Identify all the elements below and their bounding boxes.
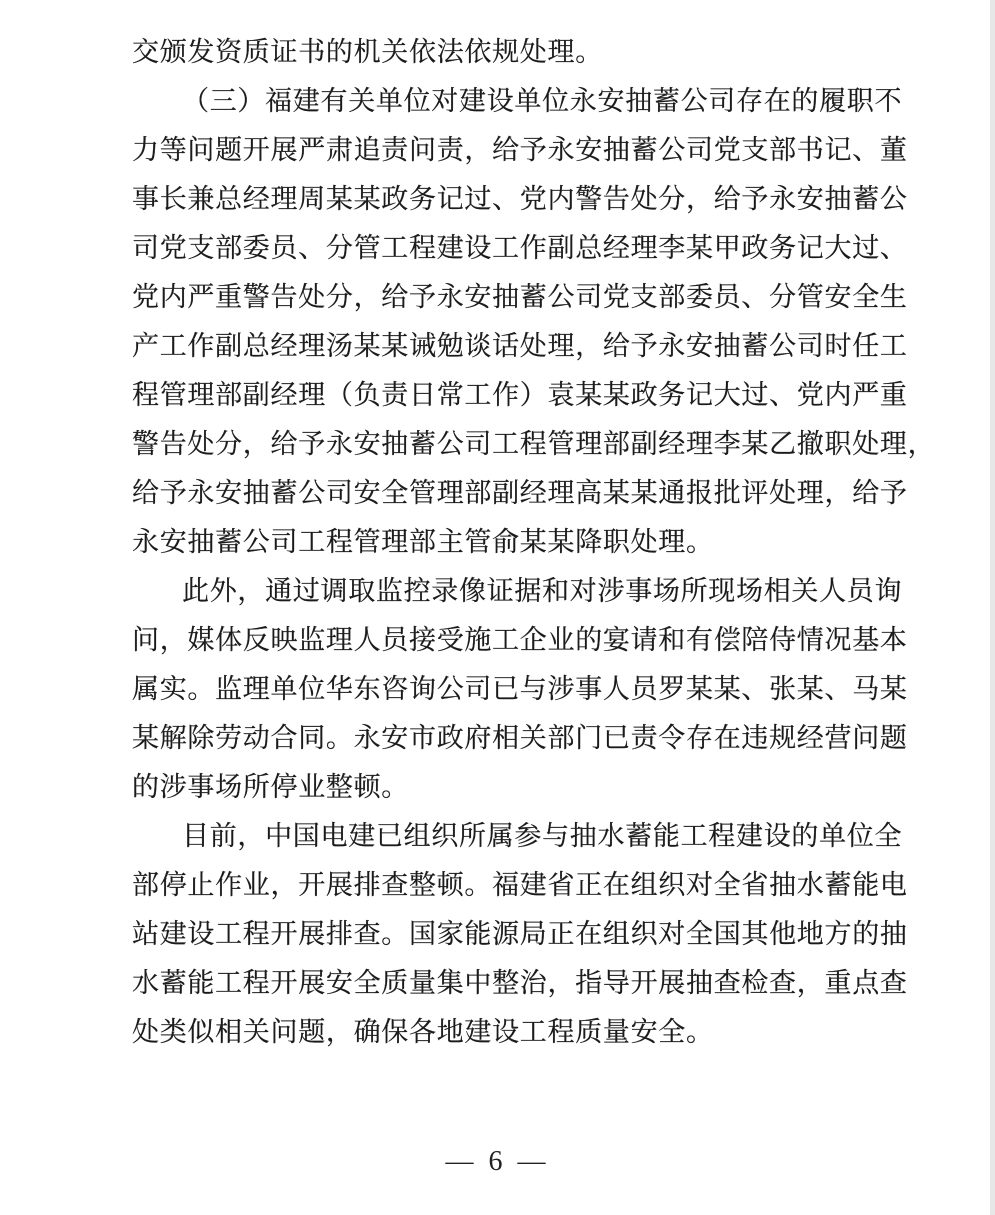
document-body: 交颁发资质证书的机关依法依规处理。 （三）福建有关单位对建设单位永安抽蓄公司存在… bbox=[132, 28, 888, 1057]
text-line: 事长兼总经理周某某政务记过、党内警告处分，给予永安抽蓄公 bbox=[132, 175, 888, 224]
text-line-paragraph-start: 此外，通过调取监控录像证据和对涉事场所现场相关人员询 bbox=[132, 567, 888, 616]
text-line: 某解除劳动合同。永安市政府相关部门已责令存在违规经营问题 bbox=[132, 714, 888, 763]
text-line: 给予永安抽蓄公司安全管理部副经理高某某通报批评处理，给予 bbox=[132, 469, 888, 518]
page-number: — 6 — bbox=[0, 1142, 995, 1182]
text-line: 交颁发资质证书的机关依法依规处理。 bbox=[132, 28, 888, 77]
scan-edge-shadow bbox=[990, 0, 995, 1215]
text-line: 属实。监理单位华东咨询公司已与涉事人员罗某某、张某、马某 bbox=[132, 665, 888, 714]
text-line: 永安抽蓄公司工程管理部主管俞某某降职处理。 bbox=[132, 518, 888, 567]
text-line-paragraph-start: 目前，中国电建已组织所属参与抽水蓄能工程建设的单位全 bbox=[132, 812, 888, 861]
text-line: 党内严重警告处分，给予永安抽蓄公司党支部委员、分管安全生 bbox=[132, 273, 888, 322]
document-page: 交颁发资质证书的机关依法依规处理。 （三）福建有关单位对建设单位永安抽蓄公司存在… bbox=[0, 0, 995, 1215]
text-line: 程管理部副经理（负责日常工作）袁某某政务记大过、党内严重 bbox=[132, 371, 888, 420]
text-line: 问，媒体反映监理人员接受施工企业的宴请和有偿陪侍情况基本 bbox=[132, 616, 888, 665]
text-line: 的涉事场所停业整顿。 bbox=[132, 763, 888, 812]
text-line: 部停止作业，开展排查整顿。福建省正在组织对全省抽水蓄能电 bbox=[132, 861, 888, 910]
text-line: 司党支部委员、分管工程建设工作副总经理李某甲政务记大过、 bbox=[132, 224, 888, 273]
text-line-section-heading: （三）福建有关单位对建设单位永安抽蓄公司存在的履职不 bbox=[132, 77, 888, 126]
text-line: 力等问题开展严肃追责问责，给予永安抽蓄公司党支部书记、董 bbox=[132, 126, 888, 175]
text-line: 产工作副总经理汤某某诫勉谈话处理，给予永安抽蓄公司时任工 bbox=[132, 322, 888, 371]
text-line: 水蓄能工程开展安全质量集中整治，指导开展抽查检查，重点查 bbox=[132, 959, 888, 1008]
text-line: 警告处分，给予永安抽蓄公司工程管理部副经理李某乙撤职处理， bbox=[132, 420, 888, 469]
text-line: 站建设工程开展排查。国家能源局正在组织对全国其他地方的抽 bbox=[132, 910, 888, 959]
text-line: 处类似相关问题，确保各地建设工程质量安全。 bbox=[132, 1008, 888, 1057]
